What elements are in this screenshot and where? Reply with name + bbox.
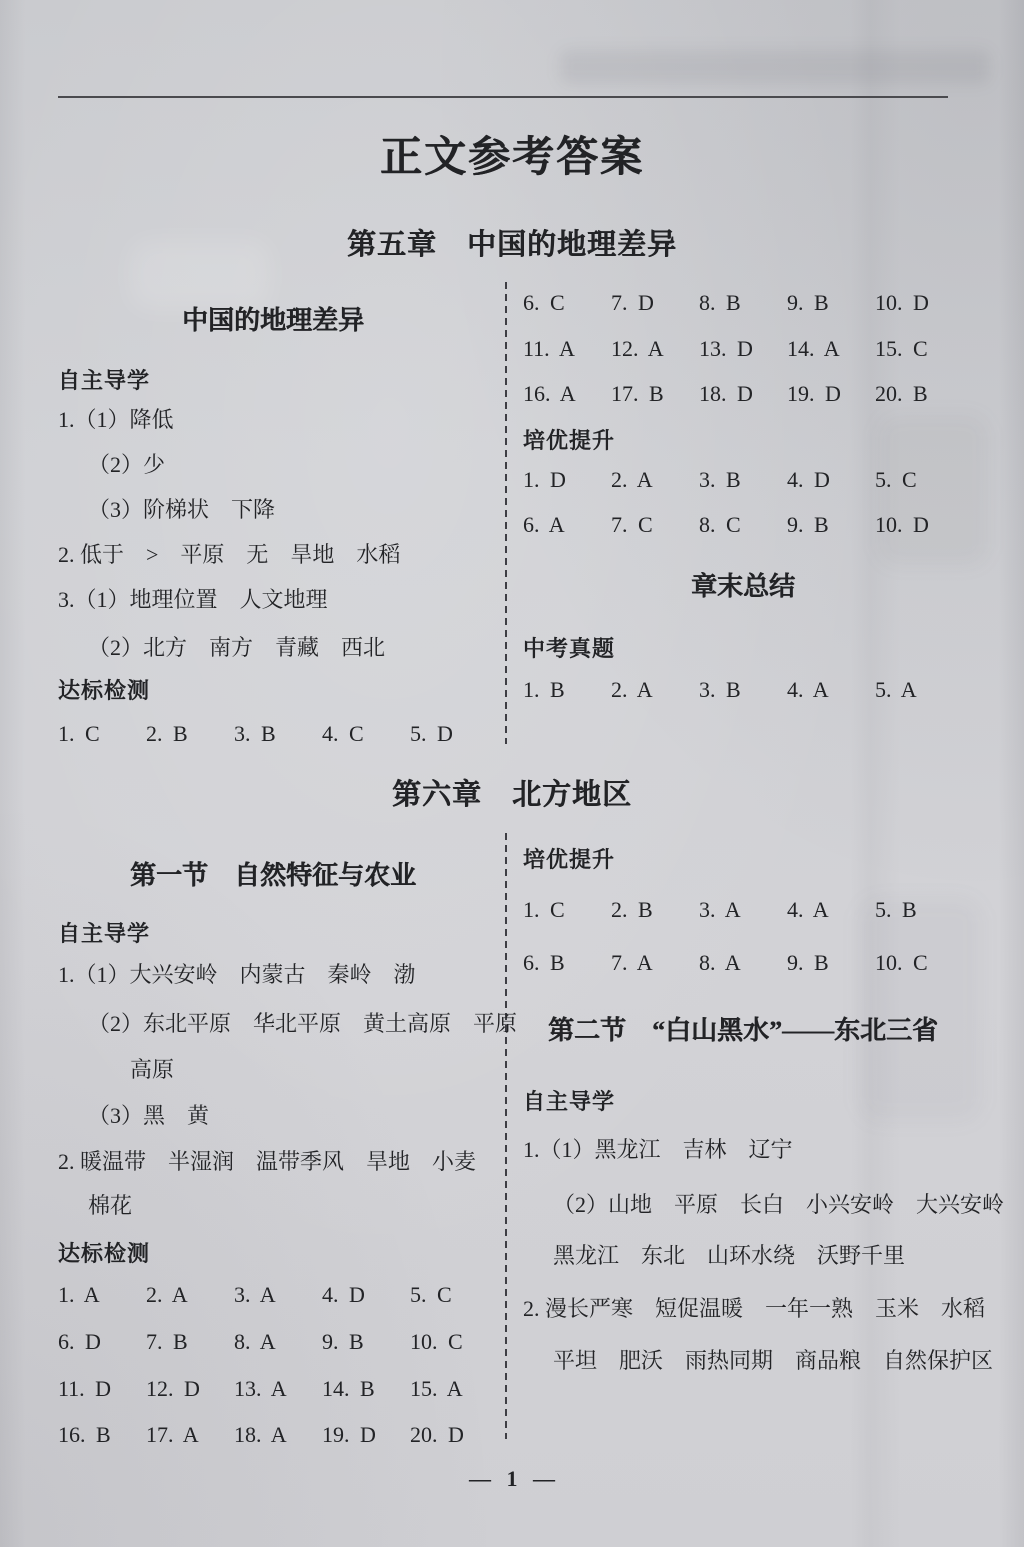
- answer-item: 7. A: [611, 950, 699, 976]
- answer-item: 10. C: [875, 950, 963, 976]
- answer-item: 1. B: [523, 677, 611, 703]
- page-title: 正文参考答案: [0, 124, 1024, 184]
- answer-item: 7. C: [611, 512, 699, 538]
- answer-row: 6. D7. B8. A9. B10. C: [58, 1329, 498, 1355]
- answer-item: 20. D: [410, 1422, 498, 1448]
- answer-line: （3）阶梯状 下降: [58, 496, 275, 524]
- answer-row: 6. C7. D8. B9. B10. D: [523, 290, 963, 316]
- answer-row: 1. C2. B3. B4. C5. D: [58, 721, 498, 747]
- answer-row: 6. A7. C8. C9. B10. D: [523, 512, 963, 538]
- answer-line: 棉花: [58, 1192, 132, 1220]
- chapter6-left-column: 第一节 自然特征与农业 自主导学 1.（1）大兴安岭 内蒙古 秦岭 渤 （2）东…: [58, 855, 488, 1455]
- answer-item: 6. B: [523, 950, 611, 976]
- answer-item: 12. A: [611, 336, 699, 362]
- advanced-label: 培优提升: [523, 424, 615, 455]
- answer-item: 17. B: [611, 381, 699, 407]
- chapter-summary-title: 章末总结: [523, 566, 963, 603]
- answer-item: 16. A: [523, 381, 611, 407]
- exam-questions-label: 中考真题: [523, 632, 615, 663]
- answer-row: 1. A2. A3. A4. D5. C: [58, 1282, 498, 1308]
- answer-row: 11. A12. A13. D14. A15. C: [523, 336, 963, 362]
- answer-item: 9. B: [787, 512, 875, 538]
- answer-item: 7. D: [611, 290, 699, 316]
- answer-item: 12. D: [146, 1376, 234, 1402]
- bleedthrough-smudge: [560, 50, 990, 84]
- answer-item: 2. B: [611, 897, 699, 923]
- answer-line: （3）黑 黄: [58, 1102, 209, 1130]
- answer-line: 2. 漫长严寒 短促温暖 一年一熟 玉米 水稻: [523, 1295, 985, 1323]
- answer-item: 8. A: [699, 950, 787, 976]
- answer-item: 9. B: [787, 950, 875, 976]
- answer-item: 13. D: [699, 336, 787, 362]
- answer-item: 11. D: [58, 1376, 146, 1402]
- answer-item: 15. A: [410, 1376, 498, 1402]
- answer-item: 6. D: [58, 1329, 146, 1355]
- self-study-label: 自主导学: [58, 917, 150, 948]
- answer-item: 4. D: [322, 1282, 410, 1308]
- answer-item: 1. D: [523, 467, 611, 493]
- answer-item: 2. B: [146, 721, 234, 747]
- answer-item: 20. B: [875, 381, 963, 407]
- answer-row: 1. D2. A3. B4. D5. C: [523, 467, 963, 493]
- chapter5-heading: 第五章 中国的地理差异: [0, 222, 1024, 263]
- answer-item: 17. A: [146, 1422, 234, 1448]
- advanced-label: 培优提升: [523, 843, 615, 874]
- answer-row: 16. B17. A18. A19. D20. D: [58, 1422, 498, 1448]
- chapter6-right-column: 培优提升 1. C2. B3. A4. A5. B 6. B7. A8. A9.…: [523, 843, 963, 1403]
- answer-item: 5. B: [875, 897, 963, 923]
- answer-item: 10. D: [875, 290, 963, 316]
- self-study-label: 自主导学: [58, 364, 150, 395]
- answer-line: （2）东北平原 华北平原 黄土高原 平原: [58, 1010, 517, 1038]
- answer-item: 18. A: [234, 1422, 322, 1448]
- answer-item: 5. C: [410, 1282, 498, 1308]
- answer-item: 14. B: [322, 1376, 410, 1402]
- answer-item: 19. D: [322, 1422, 410, 1448]
- answer-item: 4. D: [787, 467, 875, 493]
- answer-item: 9. B: [787, 290, 875, 316]
- answer-item: 5. D: [410, 721, 498, 747]
- answer-line: 平坦 肥沃 雨热同期 商品粮 自然保护区: [523, 1347, 993, 1375]
- answer-item: 10. D: [875, 512, 963, 538]
- answer-row: 1. C2. B3. A4. A5. B: [523, 897, 963, 923]
- answer-line: 高原: [58, 1056, 174, 1084]
- answer-item: 18. D: [699, 381, 787, 407]
- answer-line: 1.（1）大兴安岭 内蒙古 秦岭 渤: [58, 961, 416, 989]
- section-title: 第二节 “白山黑水”——东北三省: [523, 1010, 963, 1047]
- answer-item: 19. D: [787, 381, 875, 407]
- chapter5-left-column: 中国的地理差异 自主导学 1.（1）降低 （2）少 （3）阶梯状 下降 2. 低…: [58, 300, 488, 760]
- answer-line: （2）少: [58, 451, 165, 479]
- answer-line: 黑龙江 东北 山环水绕 沃野千里: [523, 1242, 905, 1270]
- answer-line: （2）北方 南方 青藏 西北: [58, 634, 385, 662]
- answer-item: 4. C: [322, 721, 410, 747]
- answer-item: 14. A: [787, 336, 875, 362]
- column-divider: [505, 282, 507, 744]
- answer-row: 1. B2. A3. B4. A5. A: [523, 677, 963, 703]
- answer-item: 10. C: [410, 1329, 498, 1355]
- answer-item: 8. A: [234, 1329, 322, 1355]
- answer-item: 3. A: [234, 1282, 322, 1308]
- answer-line: （2）山地 平原 长白 小兴安岭 大兴安岭: [523, 1191, 1004, 1219]
- answer-item: 1. C: [58, 721, 146, 747]
- answer-line: 2. 低于 > 平原 无 旱地 水稻: [58, 541, 400, 569]
- answer-item: 4. A: [787, 897, 875, 923]
- page-number: — 1 —: [0, 1466, 1024, 1492]
- header-rule: [58, 96, 948, 98]
- answer-item: 2. A: [146, 1282, 234, 1308]
- chapter6-heading: 第六章 北方地区: [0, 772, 1024, 813]
- answer-row: 6. B7. A8. A9. B10. C: [523, 950, 963, 976]
- answer-item: 3. B: [234, 721, 322, 747]
- answer-item: 1. C: [523, 897, 611, 923]
- answer-line: 3.（1）地理位置 人文地理: [58, 586, 328, 614]
- answer-item: 6. A: [523, 512, 611, 538]
- answer-item: 8. C: [699, 512, 787, 538]
- answer-row: 11. D12. D13. A14. B15. A: [58, 1376, 498, 1402]
- answer-item: 3. B: [699, 467, 787, 493]
- answer-item: 5. C: [875, 467, 963, 493]
- answer-item: 16. B: [58, 1422, 146, 1448]
- answer-item: 4. A: [787, 677, 875, 703]
- chapter5-right-column: 6. C7. D8. B9. B10. D 11. A12. A13. D14.…: [523, 290, 963, 750]
- answer-line: 1.（1）降低: [58, 406, 174, 434]
- answer-row: 16. A17. B18. D19. D20. B: [523, 381, 963, 407]
- answer-item: 3. A: [699, 897, 787, 923]
- section-title: 第一节 自然特征与农业: [58, 855, 488, 892]
- answer-item: 11. A: [523, 336, 611, 362]
- answer-item: 13. A: [234, 1376, 322, 1402]
- answer-item: 7. B: [146, 1329, 234, 1355]
- scanned-answer-page: 正文参考答案 第五章 中国的地理差异 中国的地理差异 自主导学 1.（1）降低 …: [0, 0, 1024, 1547]
- answer-item: 2. A: [611, 467, 699, 493]
- answer-item: 5. A: [875, 677, 963, 703]
- answer-line: 1.（1）黑龙江 吉林 辽宁: [523, 1136, 793, 1164]
- answer-item: 1. A: [58, 1282, 146, 1308]
- answer-item: 8. B: [699, 290, 787, 316]
- answer-line: 2. 暖温带 半湿润 温带季风 旱地 小麦: [58, 1148, 476, 1176]
- answer-item: 3. B: [699, 677, 787, 703]
- section-title: 中国的地理差异: [58, 300, 488, 337]
- standard-test-label: 达标检测: [58, 674, 150, 705]
- standard-test-label: 达标检测: [58, 1237, 150, 1268]
- answer-item: 9. B: [322, 1329, 410, 1355]
- answer-item: 6. C: [523, 290, 611, 316]
- answer-item: 2. A: [611, 677, 699, 703]
- self-study-label: 自主导学: [523, 1085, 615, 1116]
- column-divider: [505, 833, 507, 1439]
- answer-item: 15. C: [875, 336, 963, 362]
